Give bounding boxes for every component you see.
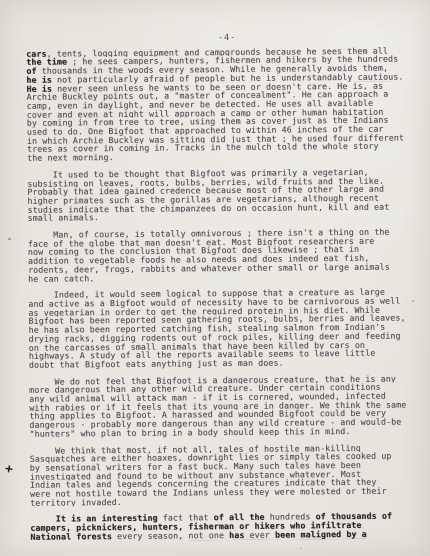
text-segment: not one xyxy=(188,530,229,541)
text-segment: National forests xyxy=(30,531,112,541)
text-segment: of xyxy=(26,66,36,76)
paragraph: cars, tents, logging equipment and campg… xyxy=(26,46,429,163)
text-segment: has xyxy=(229,530,244,541)
text-segment: territory invaded. xyxy=(30,497,122,508)
paragraph: We think that most, if not all, tales of… xyxy=(30,443,430,507)
text-segment: he can catch. xyxy=(28,273,94,283)
page-number: -4- xyxy=(26,32,428,44)
document-body: cars, tents, logging equipment and campg… xyxy=(26,46,430,541)
paragraph: Man, of course, is totally omnivorous ; … xyxy=(28,227,430,283)
paragraph: Indeed, it would seem logical to suppose… xyxy=(28,288,430,370)
text-segment: the next morning. xyxy=(27,152,114,162)
paragraph: It used to be thought that Bigfoot was p… xyxy=(27,167,429,223)
typewritten-text-block: -4- cars, tents, logging equipment and c… xyxy=(26,32,430,549)
text-segment: He is xyxy=(26,83,52,93)
text-segment: small animals. xyxy=(28,212,99,222)
text-segment: he is xyxy=(26,74,52,84)
paper-speck xyxy=(8,238,11,240)
text-segment xyxy=(30,514,56,524)
paper-speck xyxy=(300,548,302,549)
text-segment: the time xyxy=(26,57,67,67)
text-segment: ever xyxy=(244,529,275,540)
margin-plus-mark: + xyxy=(4,462,14,478)
paragraph: It is an interesting fact that of all th… xyxy=(30,512,430,542)
text-segment: cars xyxy=(26,48,46,58)
text-segment: been maligned by a xyxy=(275,529,367,540)
paragraph: We do not feel that Bigfoot is a dangero… xyxy=(29,374,430,438)
document-page: + -4- cars, tents, logging equipment and… xyxy=(0,0,430,556)
text-segment: every season, xyxy=(112,530,189,541)
